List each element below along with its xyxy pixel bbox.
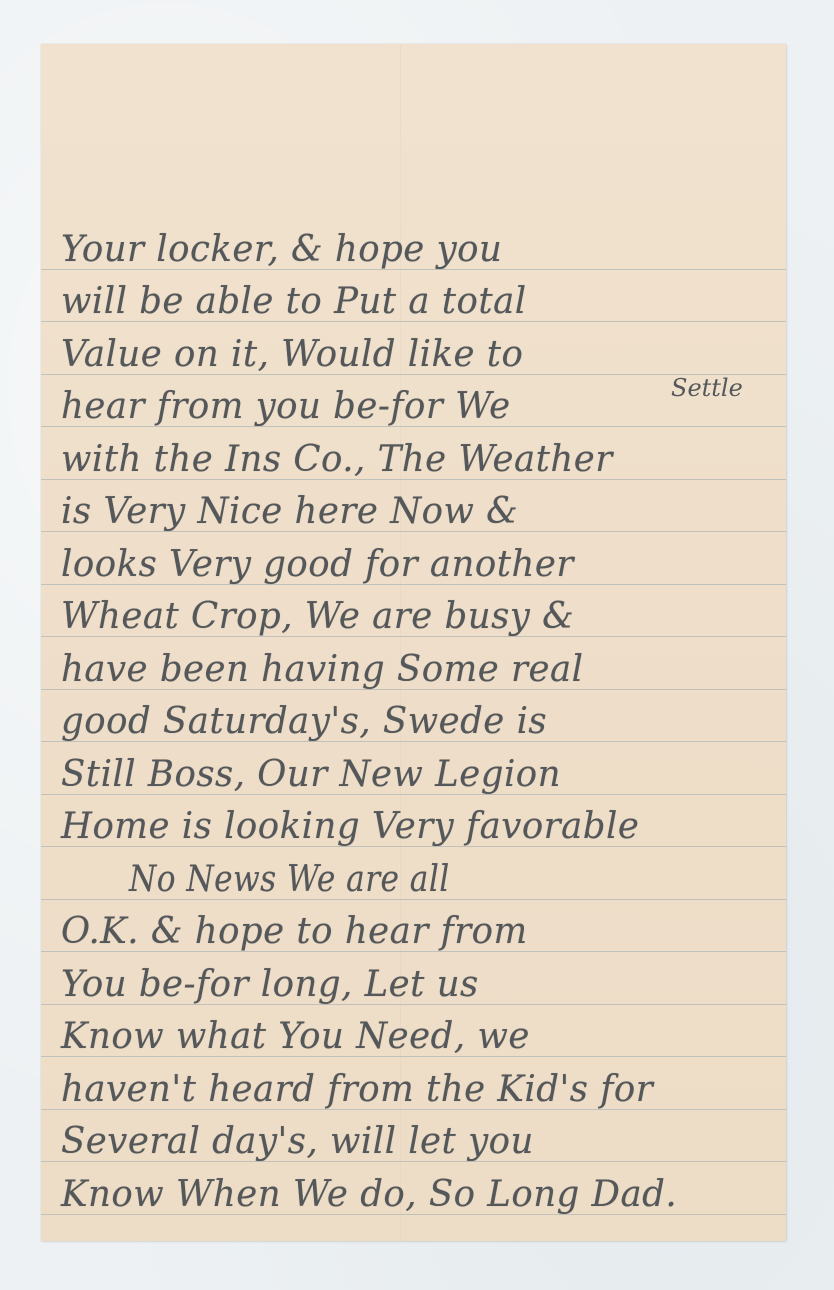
handwritten-line: Value on it, Would like to xyxy=(61,331,766,379)
handwritten-line: No News We are all xyxy=(129,856,749,904)
letter-page: Your locker, & hope you will be able to … xyxy=(41,44,786,1241)
handwritten-line: Wheat Crop, We are busy & xyxy=(61,593,766,641)
handwritten-line: is Very Nice here Now & xyxy=(61,488,766,536)
handwritten-line: You be-for long, Let us xyxy=(61,961,766,1009)
handwritten-line-signature: Know When We do, So Long Dad. xyxy=(61,1171,766,1219)
handwritten-line: O.K. & hope to hear from xyxy=(61,908,766,956)
handwritten-line: Know what You Need, we xyxy=(61,1013,766,1061)
handwritten-line: looks Very good for another xyxy=(61,541,766,589)
handwritten-line: good Saturday's, Swede is xyxy=(61,698,766,746)
handwritten-line: Your locker, & hope you xyxy=(61,226,766,274)
handwritten-line: Home is looking Very favorable xyxy=(61,803,766,851)
handwritten-line: Still Boss, Our New Legion xyxy=(61,751,766,799)
handwritten-superscript: Settle xyxy=(671,374,743,402)
handwritten-line: will be able to Put a total xyxy=(61,278,766,326)
handwritten-line: Several day's, will let you xyxy=(61,1118,766,1166)
paper-fold-crease xyxy=(399,44,401,1241)
handwritten-line: have been having Some real xyxy=(61,646,766,694)
handwritten-line: haven't heard from the Kid's for xyxy=(61,1066,766,1114)
handwritten-line: hear from you be-for We xyxy=(61,383,766,431)
handwritten-line: with the Ins Co., The Weather xyxy=(61,436,766,484)
